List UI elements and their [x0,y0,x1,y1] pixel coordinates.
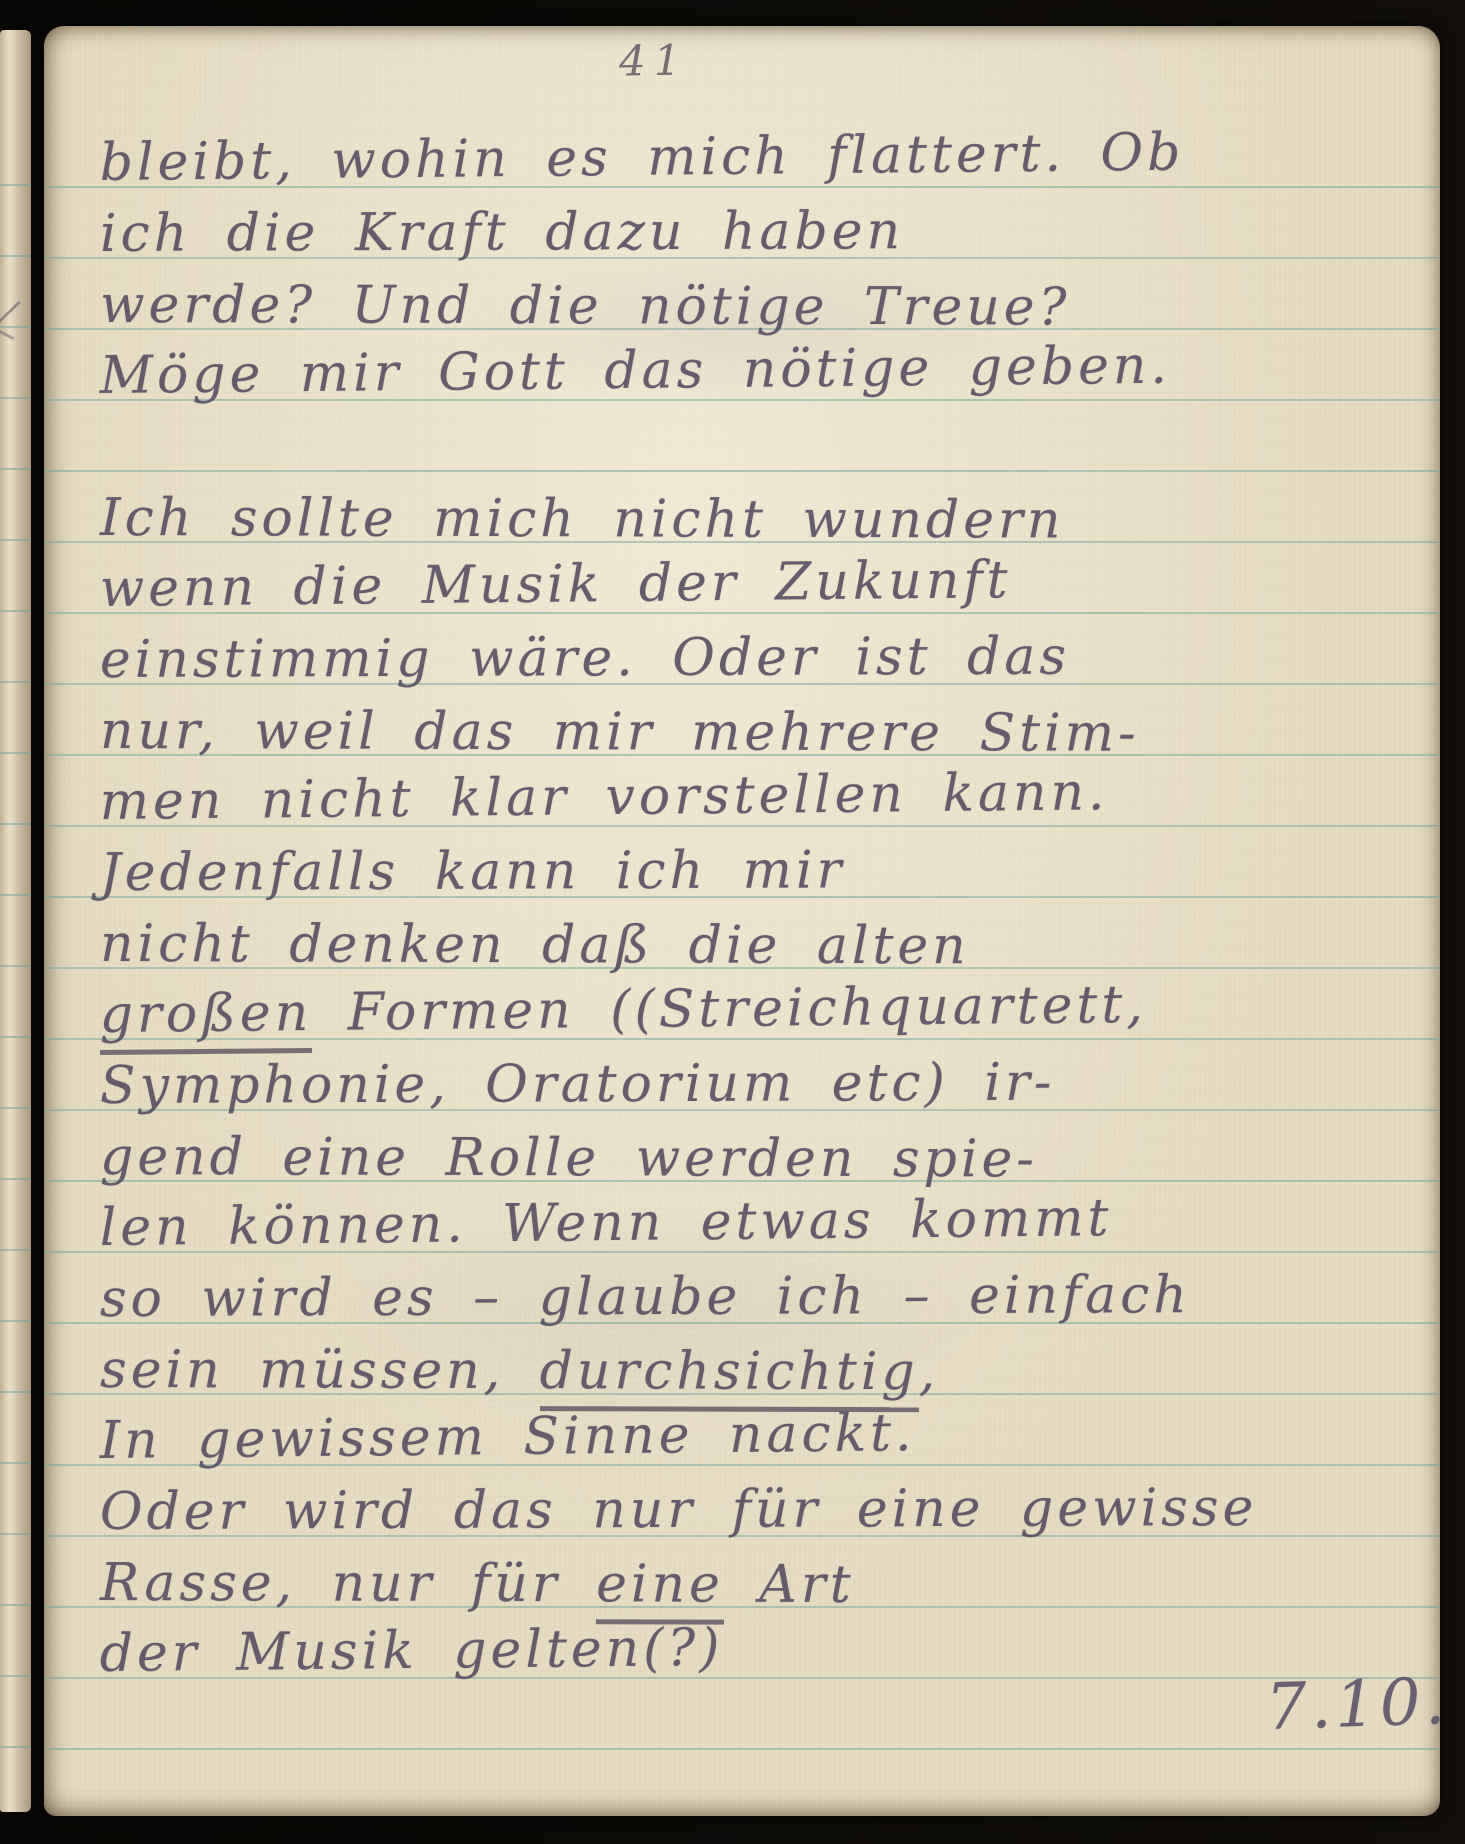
handwriting-segment: Möge mir Gott das nötige geben. [99,336,1171,406]
handwritten-line: Oder wird das nur für eine gewisse [100,1477,1258,1543]
date-annotation: 7.10. [1265,1665,1450,1745]
handwritten-line: Möge mir Gott das nötige geben. [99,335,1171,407]
handwritten-line: In gewissem Sinne nackt. [99,1402,915,1472]
handwriting-segment: Rasse, nur für [100,1553,596,1614]
underlined-word: durchsichtig [540,1341,919,1412]
handwritten-line: Symphonie, Oratorium etc) ir- [100,1052,1056,1117]
underlined-word: eine [596,1554,724,1624]
handwriting-layer: bleibt, wohin es mich flattert. Obich di… [44,26,1440,1816]
handwriting-segment: nur, weil das mir mehrere Stim- [100,701,1140,764]
handwritten-line: einstimmig wäre. Oder ist das [100,626,1070,691]
handwritten-line: Ich sollte mich nicht wundern [100,487,1064,552]
handwriting-segment: werde? Und die nötige Treue? [100,275,1070,338]
handwriting-segment: Art [724,1555,855,1615]
handwritten-line: wenn die Musik der Zukunft [99,549,1011,620]
handwriting-segment: , [919,1342,940,1402]
handwritten-line: men nicht klar vorstellen kann. [99,761,1108,833]
handwritten-line: Rasse, nur für eine Art [100,1552,855,1616]
handwritten-line: ich die Kraft dazu haben [100,200,904,265]
handwriting-segment: wenn die Musik der Zukunft [99,550,1011,619]
handwriting-segment: men nicht klar vorstellen kann. [99,762,1108,832]
handwritten-line: Jedenfalls kann ich mir [100,839,846,904]
handwritten-line: werde? Und die nötige Treue? [100,274,1071,339]
handwritten-line: bleibt, wohin es mich flattert. Ob [99,122,1184,194]
handwriting-segment: Ich sollte mich nicht wundern [100,488,1064,551]
previous-page-edge [0,30,31,1812]
handwritten-line: so wird es – glaube ich – einfach [100,1264,1191,1330]
notebook-scan: 41 bleibt, wohin es mich flattert. Obich… [0,0,1465,1844]
handwriting-segment: Oder wird das nur für eine gewisse [100,1478,1258,1542]
handwritten-line: nur, weil das mir mehrere Stim- [100,700,1140,765]
handwriting-segment: so wird es – glaube ich – einfach [100,1265,1191,1329]
handwriting-segment: Symphonie, Oratorium etc) ir- [100,1053,1056,1116]
handwriting-segment: len können. Wenn etwas kommt [99,1188,1112,1258]
handwriting-segment: ich die Kraft dazu haben [100,201,904,264]
handwriting-segment: bleibt, wohin es mich flattert. Ob [99,123,1184,193]
handwritten-line: len können. Wenn etwas kommt [99,1187,1112,1259]
handwritten-line: gend eine Rolle werden spie- [100,1126,1038,1190]
handwriting-segment: nicht denken daß die alten [100,914,970,976]
handwritten-line: nicht denken daß die alten [100,913,970,977]
underlined-word: großen [99,983,312,1055]
handwritten-line: der Musik gelten(?) [99,1617,723,1685]
handwriting-segment: Formen ((Streichquartett, [312,975,1147,1043]
previous-page-rule-lines [0,184,31,1776]
handwriting-segment: Jedenfalls kann ich mir [100,840,846,903]
handwritten-line: sein müssen, durchsichtig, [100,1339,939,1403]
manuscript-page: 41 bleibt, wohin es mich flattert. Obich… [44,26,1440,1816]
handwriting-segment: der Musik gelten(?) [99,1618,723,1684]
handwriting-segment: sein müssen, [100,1340,540,1401]
handwriting-segment: einstimmig wäre. Oder ist das [100,627,1070,690]
handwriting-segment: gend eine Rolle werden spie- [100,1127,1038,1189]
handwriting-segment: In gewissem Sinne nackt. [99,1403,915,1471]
handwritten-line: großen Formen ((Streichquartett, [99,974,1147,1046]
